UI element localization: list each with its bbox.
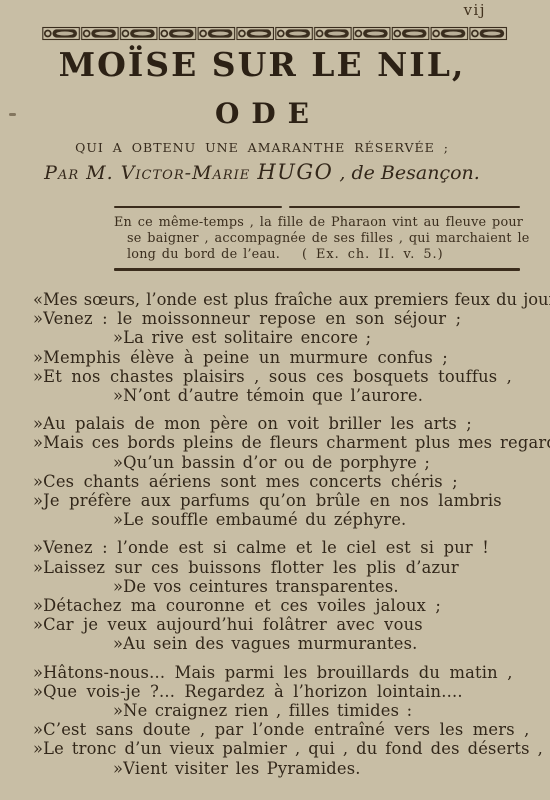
poem-body: «Mes sœurs, l’onde est plus fraîche aux … bbox=[33, 290, 533, 787]
verse-line: »Vient visiter les Pyramides. bbox=[33, 759, 533, 778]
verse-line: »Ne craignez rien , filles timides : bbox=[33, 701, 533, 720]
verse-line: »Hâtons-nous... Mais parmi les brouillar… bbox=[33, 663, 533, 682]
verse-line: «Mes sœurs, l’onde est plus fraîche aux … bbox=[33, 290, 533, 309]
verse-line: »Mais ces bords pleins de fleurs charmen… bbox=[33, 433, 533, 452]
award-dedication: QUI A OBTENU UNE AMARANTHE RÉSERVÉE ; bbox=[0, 140, 524, 155]
page-number: vij bbox=[464, 1, 486, 19]
verse-line: »Et nos chastes plaisirs , sous ces bosq… bbox=[33, 367, 533, 386]
verse-line: »Le tronc d’un vieux palmier , qui , du … bbox=[33, 739, 533, 758]
stanza: «Mes sœurs, l’onde est plus fraîche aux … bbox=[33, 290, 533, 405]
epigraph-rule-top bbox=[114, 206, 520, 208]
ink-speck bbox=[9, 113, 16, 116]
rule-segment bbox=[289, 206, 520, 208]
verse-line: »Venez : l’onde est si calme et le ciel … bbox=[33, 538, 533, 557]
poem-subtitle: ODE bbox=[0, 97, 524, 130]
epigraph-rule-bottom bbox=[114, 268, 520, 271]
scripture-reference: ( Ex. ch. II. v. 5.) bbox=[302, 247, 444, 262]
epigraph-line: long du bord de l’eau.( Ex. ch. II. v. 5… bbox=[114, 247, 520, 263]
verse-line: »De vos ceintures transparentes. bbox=[33, 577, 533, 596]
epigraph-block: En ce même-temps , la fille de Pharaon v… bbox=[114, 206, 520, 271]
verse-line: »Je préfère aux parfums qu’on brûle en n… bbox=[33, 491, 533, 510]
header-ornament-band bbox=[42, 26, 508, 41]
stanza: »Venez : l’onde est si calme et le ciel … bbox=[33, 538, 533, 653]
verse-line: »La rive est solitaire encore ; bbox=[33, 328, 533, 347]
verse-line: »Au sein des vagues murmurantes. bbox=[33, 634, 533, 653]
epigraph-line-text: long du bord de l’eau. bbox=[127, 247, 280, 262]
verse-line: »Que vois-je ?... Regardez à l’horizon l… bbox=[33, 682, 533, 701]
byline-prefix: Par M. Victor-Marie bbox=[44, 162, 257, 184]
stanza: »Au palais de mon père on voit briller l… bbox=[33, 414, 533, 529]
author-name: HUGO bbox=[257, 160, 333, 184]
verse-line: »Au palais de mon père on voit briller l… bbox=[33, 414, 533, 433]
epigraph-line: En ce même-temps , la fille de Pharaon v… bbox=[114, 215, 520, 231]
printers-ornament-icon bbox=[42, 26, 508, 41]
verse-line: »Car je veux aujourd’hui folâtrer avec v… bbox=[33, 615, 533, 634]
verse-line: »Qu’un bassin d’or ou de porphyre ; bbox=[33, 453, 533, 472]
byline-suffix: , de Besançon. bbox=[333, 162, 479, 184]
verse-line: »Ces chants aériens sont mes concerts ch… bbox=[33, 472, 533, 491]
byline: Par M. Victor-Marie HUGO , de Besançon. bbox=[0, 160, 524, 184]
book-page-scan: vij MOÏSE SUR LE NIL, ODE QUI A OBTENU U… bbox=[0, 0, 550, 800]
verse-line: »Memphis élève à peine un murmure confus… bbox=[33, 348, 533, 367]
verse-line: »Le souffle embaumé du zéphyre. bbox=[33, 510, 533, 529]
verse-line: »C’est sans doute , par l’onde entraîné … bbox=[33, 720, 533, 739]
rule-segment bbox=[114, 206, 282, 208]
verse-line: »Détachez ma couronne et ces voiles jalo… bbox=[33, 596, 533, 615]
verse-line: »N’ont d’autre témoin que l’aurore. bbox=[33, 386, 533, 405]
poem-title: MOÏSE SUR LE NIL, bbox=[0, 45, 524, 84]
verse-line: »Venez : le moissonneur repose en son sé… bbox=[33, 309, 533, 328]
epigraph-line: se baigner , accompagnée de ses filles ,… bbox=[114, 231, 520, 247]
verse-line: »Laissez sur ces buissons flotter les pl… bbox=[33, 558, 533, 577]
stanza: »Hâtons-nous... Mais parmi les brouillar… bbox=[33, 663, 533, 778]
